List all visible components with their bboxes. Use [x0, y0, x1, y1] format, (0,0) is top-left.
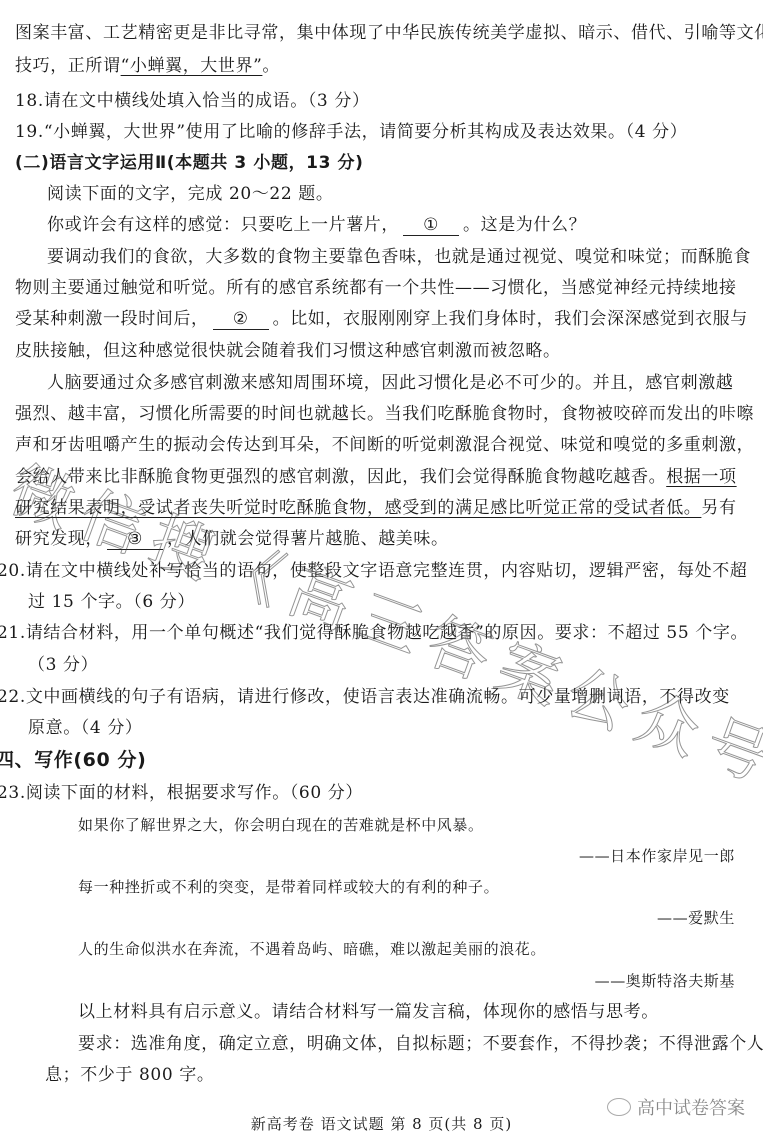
quote-2: 每一种挫折或不利的突变，是带着同样或较大的有利的种子。	[78, 876, 499, 898]
paragraph-line: 受某种刺激一段时间后，②。比如，衣服刚刚穿上我们身体时，我们会深深感觉到衣服与	[15, 308, 748, 330]
text-line: 图案丰富、工艺精密更是非比寻常，集中体现了中华民族传统美学虚拟、暗示、借代、引喻…	[15, 22, 763, 44]
reading-intro: 阅读下面的文字，完成 20～22 题。	[47, 183, 333, 205]
question-19: 19.“小蝉翼，大世界”使用了比喻的修辞手法，请简要分析其构成及表达效果。（4 …	[15, 121, 687, 143]
quote-2-author: ——爱默生	[657, 907, 735, 929]
quote-1: 如果你了解世界之大，你会明白现在的苦难就是杯中风暴。	[78, 814, 484, 836]
writing-requirements-cont: 息；不少于 800 字。	[45, 1064, 214, 1086]
underlined-sentence: 根据一项	[666, 467, 736, 487]
paragraph-line: 声和牙齿咀嚼产生的振动会传达到耳朵，不间断的听觉刺激混合视觉、味觉和嗅觉的多重刺…	[15, 434, 754, 456]
text-segment: 。比如，衣服刚刚穿上我们身体时，我们会深深感觉到衣服与	[273, 309, 748, 329]
question-23: 23.阅读下面的材料，根据要求写作。（60 分）	[0, 782, 363, 804]
writing-requirements: 要求：选准角度，确定立意，明确文体，自拟标题；不要套作，不得抄袭；不得泄露个人信	[78, 1033, 763, 1055]
section-heading: (二)语言文字运用Ⅱ(本题共 3 小题，13 分)	[15, 152, 364, 174]
question-22-cont: 原意。（4 分）	[28, 717, 143, 739]
underlined-sentence: 研究结果表明，受试者丧失听觉时吃酥脆食物，感受到的满足感比听觉正常的受试者低。	[15, 498, 701, 518]
paragraph-line: 物则主要通过触觉和听觉。所有的感官系统都有一个共性——习惯化，当感觉神经元持续地…	[15, 277, 737, 299]
question-18: 18.请在文中横线处填入恰当的成语。（3 分）	[15, 90, 370, 112]
paragraph-line: 要调动我们的食欲，大多数的食物主要靠色香味，也就是通过视觉、嗅觉和味觉；而酥脆食	[47, 246, 751, 268]
blank-1: ①	[403, 215, 459, 236]
page-footer: 新高考卷 语文试题 第 8 页(共 8 页)	[0, 1113, 763, 1134]
question-20: 20.请在文中横线处补写恰当的语句，使整段文字语意完整连贯，内容贴切，逻辑严密，…	[0, 560, 747, 582]
quote-3-author: ——奥斯特洛夫斯基	[595, 970, 735, 992]
question-21-cont: （3 分）	[28, 654, 98, 676]
question-20-cont: 过 15 个字。（6 分）	[28, 591, 195, 613]
paragraph-line: 你或许会有这样的感觉：只要吃上一片薯片，①。这是为什么？	[47, 214, 586, 236]
question-22: 22.文中画横线的句子有语病，请进行修改，使语言表达准确流畅。可少量增删词语，不…	[0, 686, 730, 708]
text-segment: 会给人带来比非酥脆食物更强烈的感官刺激，因此，我们会觉得酥脆食物越吃越香。	[15, 467, 666, 487]
text-segment: 你或许会有这样的感觉：只要吃上一片薯片，	[47, 215, 399, 235]
text-segment: 。这是为什么？	[463, 215, 586, 235]
text-segment: 另有	[701, 498, 736, 518]
quote-1-author: ——日本作家岸见一郎	[579, 845, 735, 867]
paragraph-line: 强烈、越丰富，习惯化所需要的时间也就越长。当我们吃酥脆食物时，食物被咬碎而发出的…	[15, 403, 754, 425]
text-segment: 。	[262, 56, 280, 76]
paragraph-line: 研究结果表明，受试者丧失听觉时吃酥脆食物，感受到的满足感比听觉正常的受试者低。另…	[15, 497, 737, 519]
text-segment: 受某种刺激一段时间后，	[15, 309, 209, 329]
text-segment: ，人们就会觉得薯片越脆、越美味。	[167, 529, 449, 549]
paragraph-line: 人脑要通过众多感官刺激来感知周围环境，因此习惯化是必不可少的。并且，感官刺激越	[47, 372, 733, 394]
text-segment: 技巧，正所谓	[15, 56, 121, 76]
paragraph-line: 皮肤接触，但这种感觉很快就会随着我们习惯这种感官刺激而被忽略。	[15, 340, 561, 362]
blank-2: ②	[213, 309, 269, 330]
blank-3: ③	[107, 529, 163, 550]
section-heading-writing: 四、写作(60 分)	[0, 749, 146, 771]
text-segment: 研究发现，	[15, 529, 103, 549]
question-21: 21.请结合材料，用一个单句概述“我们觉得酥脆食物越吃越香”的原因。要求：不超过…	[0, 622, 748, 644]
writing-prompt: 以上材料具有启示意义。请结合材料写一篇发言稿，体现你的感悟与思考。	[78, 1001, 659, 1023]
underlined-phrase: “小蝉翼，大世界”	[121, 56, 263, 76]
quote-3: 人的生命似洪水在奔流，不遇着岛屿、暗礁，难以激起美丽的浪花。	[78, 938, 546, 960]
text-line: 技巧，正所谓“小蝉翼，大世界”。	[15, 55, 280, 77]
paragraph-line: 研究发现，③，人们就会觉得薯片越脆、越美味。	[15, 528, 449, 550]
paragraph-line: 会给人带来比非酥脆食物更强烈的感官刺激，因此，我们会觉得酥脆食物越吃越香。根据一…	[15, 466, 737, 488]
